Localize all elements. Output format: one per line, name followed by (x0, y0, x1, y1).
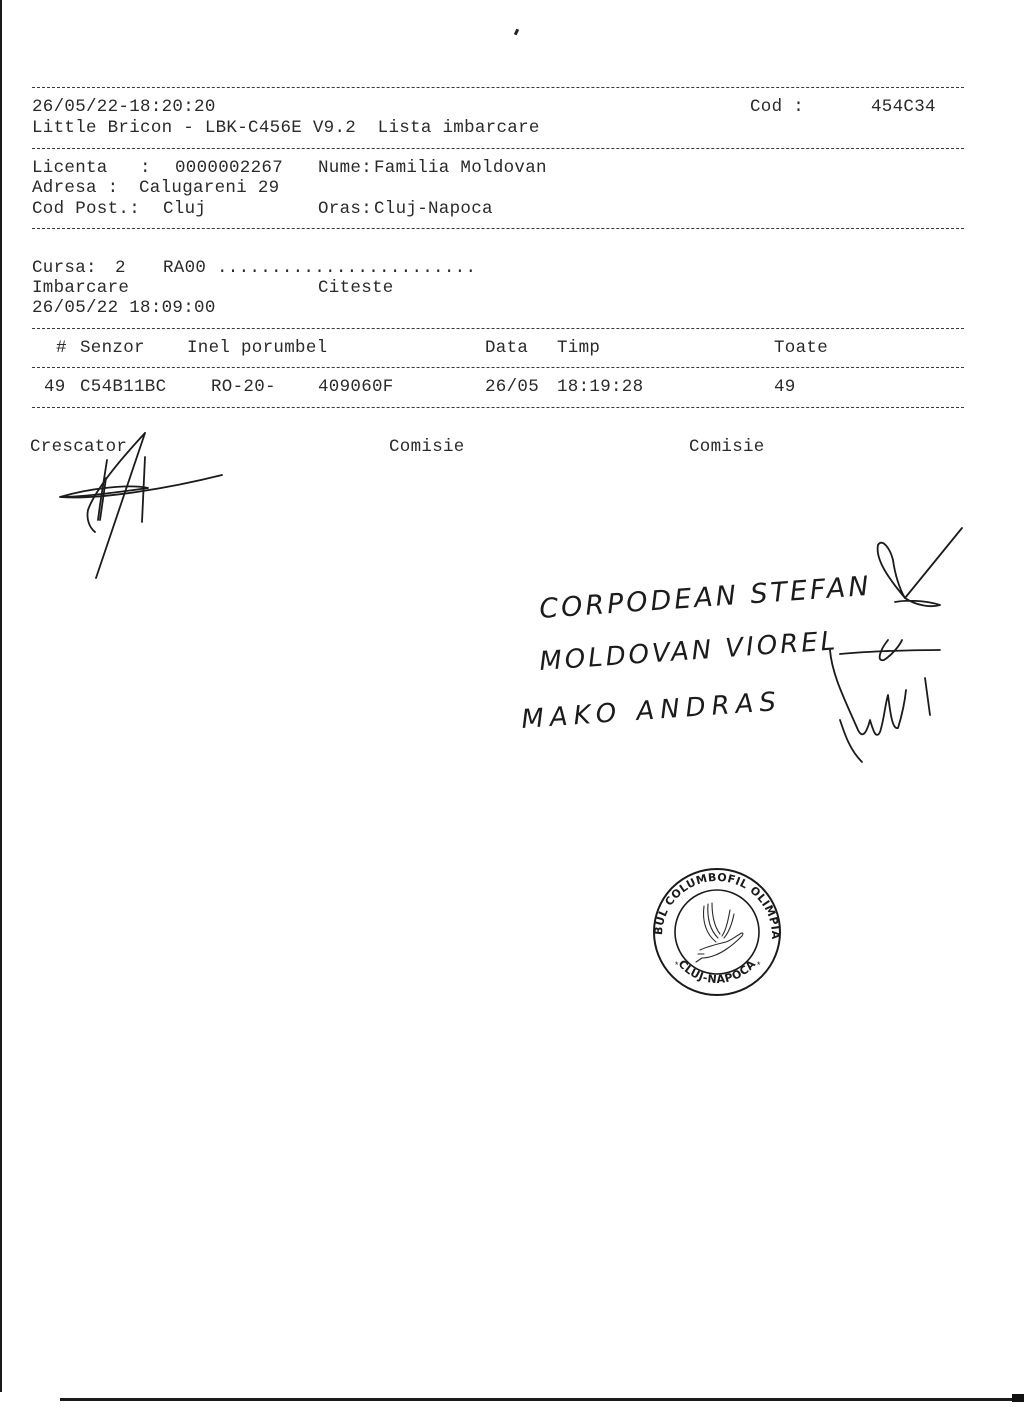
row-number: 49 (44, 377, 66, 397)
row-toate: 49 (774, 377, 796, 397)
handwritten-name-2: MOLDOVAN VIOREL (538, 626, 839, 677)
crescator-label: Crescator (30, 437, 127, 457)
oras-value: Cluj-Napoca (374, 199, 493, 219)
dashed-rule (32, 367, 964, 368)
nume-value: Familia Moldovan (374, 158, 547, 178)
dashed-rule (32, 87, 964, 88)
licenta-value: 0000002267 (175, 158, 283, 178)
handwritten-name-3: MAKO ANDRAS (520, 687, 782, 735)
column-header-senzor: Senzor (80, 338, 145, 358)
page-left-edge (0, 0, 2, 1392)
oras-label: Oras: (318, 199, 372, 219)
row-inel-prefix: RO-20- (211, 377, 276, 397)
citeste-label: Citeste (318, 278, 394, 298)
svg-text:CLUJ-NAPOCA: CLUJ-NAPOCA (676, 957, 759, 986)
row-data: 26/05 (485, 377, 539, 397)
stamp-top-text: CLUBUL COLUMBOFIL OLIMPIA 04 (644, 866, 782, 940)
dashed-rule (32, 328, 964, 329)
scan-speck (514, 29, 519, 36)
cod-value: 454C34 (871, 97, 936, 117)
cursa-value: 2 (115, 258, 126, 278)
page-bottom-edge (60, 1398, 1024, 1401)
row-timp: 18:19:28 (557, 377, 643, 397)
cod-label: Cod : (750, 97, 804, 117)
dashed-rule (32, 407, 964, 408)
commission-signature-1 (878, 528, 962, 606)
page-corner-mark (1012, 1394, 1024, 1402)
imbarcare-datetime: 26/05/22 18:09:00 (32, 298, 216, 318)
column-header-timp: Timp (557, 338, 600, 358)
imbarcare-label: Imbarcare (32, 278, 129, 298)
licenta-label: Licenta : (32, 158, 151, 178)
adresa-label: Adresa : (32, 178, 118, 198)
column-header-toate: Toate (774, 338, 828, 358)
svg-text:CLUBUL COLUMBOFIL OLIMPIA 04: CLUBUL COLUMBOFIL OLIMPIA 04 (644, 866, 782, 940)
dashed-rule (32, 228, 964, 229)
cod-post-label: Cod Post.: (32, 199, 140, 219)
club-stamp: CLUBUL COLUMBOFIL OLIMPIA 04 CLUJ-NAPOCA… (644, 866, 790, 998)
cursa-label: Cursa: (32, 258, 97, 278)
nume-label: Nume: (318, 158, 372, 178)
comisie-label-2: Comisie (689, 437, 765, 457)
column-header-data: Data (485, 338, 528, 358)
column-header-inel: Inel porumbel (187, 338, 327, 358)
adresa-value: Calugareni 29 (139, 178, 279, 198)
stamp-bottom-text: CLUJ-NAPOCA (676, 957, 759, 986)
comisie-label-1: Comisie (389, 437, 465, 457)
stamp-star-right: * (756, 961, 761, 971)
dove-icon (696, 903, 743, 962)
cod-post-value: Cluj (163, 199, 206, 219)
stamp-star-left: * (674, 961, 679, 971)
handwritten-name-1: CORPODEAN STEFAN (538, 571, 872, 625)
column-header-number: # (56, 338, 67, 358)
commission-signature-2 (830, 640, 940, 762)
row-senzor: C54B11BC (80, 377, 166, 397)
handwriting-layer: CORPODEAN STEFAN MOLDOVAN VIOREL MAKO AN… (0, 0, 1024, 1408)
report-timestamp: 26/05/22-18:20:20 (32, 97, 216, 117)
dashed-rule (32, 148, 964, 149)
report-title: Little Bricon - LBK-C456E V9.2 Lista imb… (32, 118, 540, 138)
row-inel-code: 409060F (318, 377, 394, 397)
race-code: RA00 ........................ (163, 258, 476, 278)
commission-names: CORPODEAN STEFAN MOLDOVAN VIOREL MAKO AN… (520, 571, 872, 735)
